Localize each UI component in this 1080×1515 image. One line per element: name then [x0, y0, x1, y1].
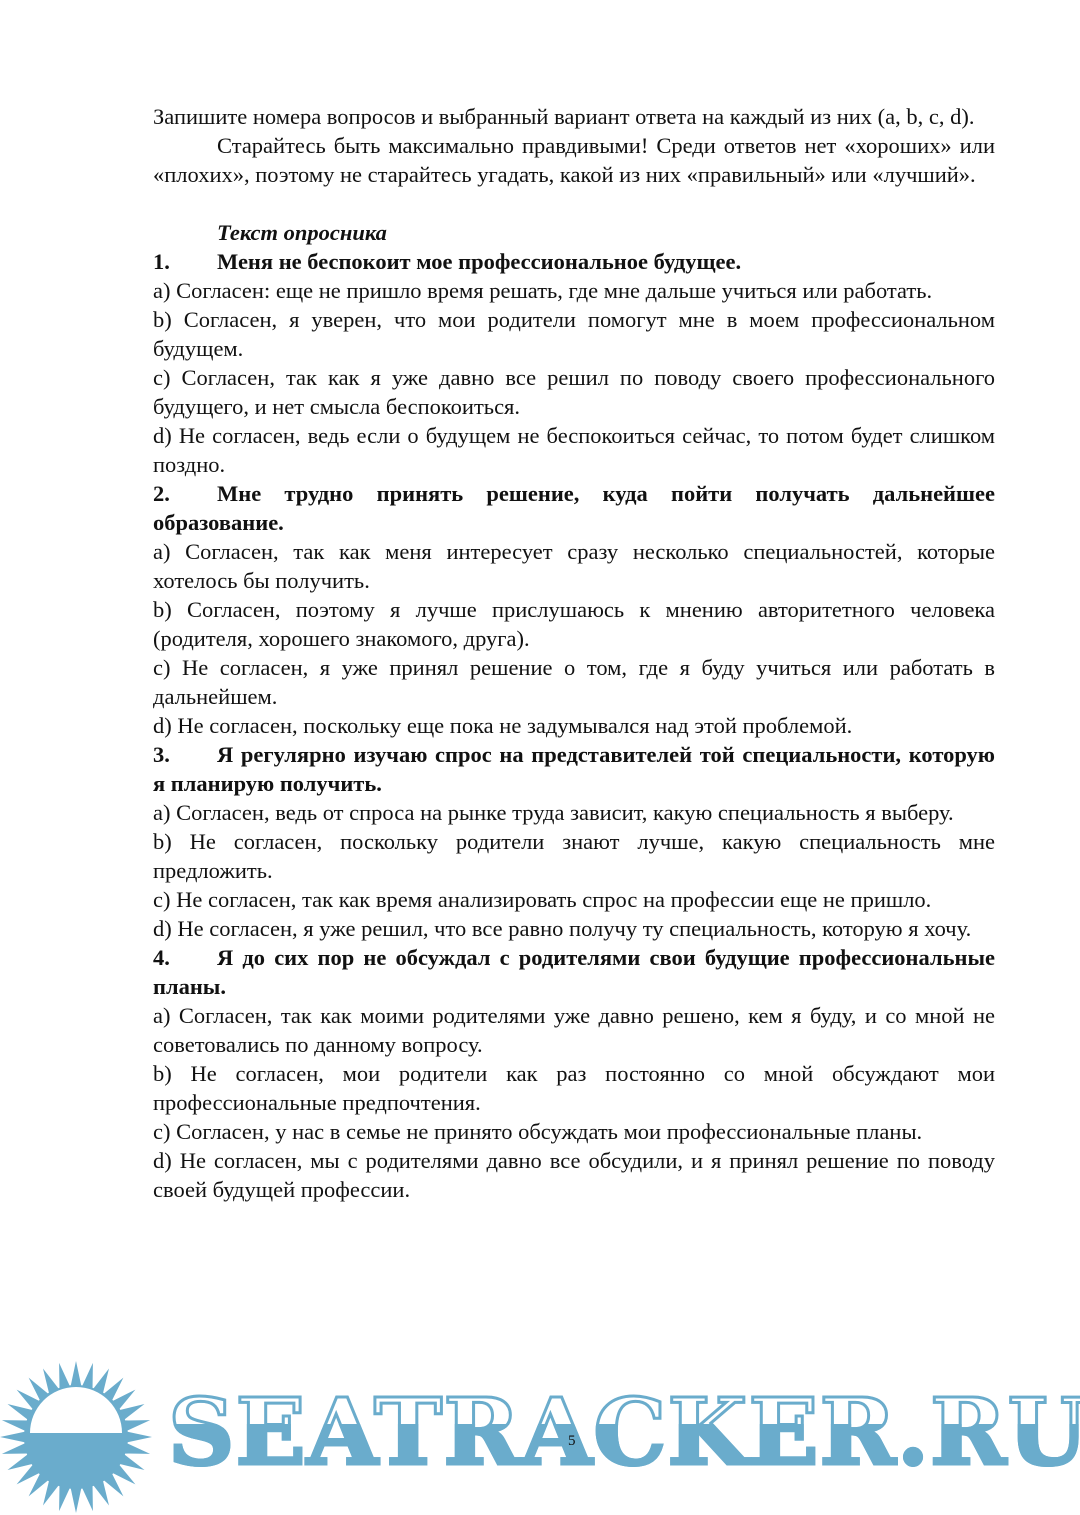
- option-label: a): [153, 278, 170, 303]
- option-label: a): [153, 800, 170, 825]
- question-label: Меня не беспокоит мое профессиональное б…: [217, 249, 741, 274]
- question-text: 4.Я до сих пор не обсуждал с родителями …: [153, 943, 995, 1001]
- intro-paragraph-2: Старайтесь быть максимально правдивыми! …: [153, 131, 995, 189]
- watermark-text: SEATRACKER.RU: [168, 1382, 1080, 1482]
- option-text: Не согласен, ведь если о будущем не бесп…: [153, 423, 995, 477]
- section-title: Текст опросника: [153, 218, 995, 247]
- sun-icon: [0, 1355, 1080, 1515]
- question-label: Я регулярно изучаю спрос на представител…: [153, 742, 995, 796]
- question-text: 3.Я регулярно изучаю спрос на представит…: [153, 740, 995, 798]
- option-text: Не согласен, мои родители как раз постоя…: [153, 1061, 995, 1115]
- answer-option: c) Не согласен, так как время анализиров…: [153, 885, 995, 914]
- option-label: d): [153, 713, 172, 738]
- option-text: Не согласен, я уже принял решение о том,…: [153, 655, 995, 709]
- option-text: Не согласен, я уже решил, что все равно …: [177, 916, 971, 941]
- question-item: 3.Я регулярно изучаю спрос на представит…: [153, 740, 995, 943]
- option-text: Согласен, поэтому я лучше прислушаюсь к …: [153, 597, 995, 651]
- question-number: 3.: [153, 740, 217, 769]
- answer-option: b) Согласен, поэтому я лучше прислушаюсь…: [153, 595, 995, 653]
- answer-option: a) Согласен: еще не пришло время решать,…: [153, 276, 995, 305]
- question-number: 1.: [153, 247, 217, 276]
- question-number: 4.: [153, 943, 217, 972]
- answer-option: d) Не согласен, я уже решил, что все рав…: [153, 914, 995, 943]
- question-number: 2.: [153, 479, 217, 508]
- question-text: 1.Меня не беспокоит мое профессиональное…: [153, 247, 995, 276]
- option-label: b): [153, 829, 172, 854]
- option-label: c): [153, 655, 170, 680]
- option-text: Согласен, так как моими родителями уже д…: [153, 1003, 995, 1057]
- question-label: Мне трудно принять решение, куда пойти п…: [153, 481, 995, 535]
- document-page: Запишите номера вопросов и выбранный вар…: [153, 102, 995, 1204]
- option-label: d): [153, 1148, 172, 1173]
- answer-option: b) Не согласен, поскольку родители знают…: [153, 827, 995, 885]
- answer-option: d) Не согласен, поскольку еще пока не за…: [153, 711, 995, 740]
- option-text: Не согласен, так как время анализировать…: [176, 887, 931, 912]
- option-text: Согласен, так как я уже давно все решил …: [153, 365, 995, 419]
- question-list: 1.Меня не беспокоит мое профессиональное…: [153, 247, 995, 1204]
- option-text: Согласен, у нас в семье не принято обсуж…: [176, 1119, 922, 1144]
- answer-option: c) Согласен, так как я уже давно все реш…: [153, 363, 995, 421]
- option-label: c): [153, 365, 170, 390]
- question-item: 2.Мне трудно принять решение, куда пойти…: [153, 479, 995, 740]
- question-text: 2.Мне трудно принять решение, куда пойти…: [153, 479, 995, 537]
- answer-option: d) Не согласен, мы с родителями давно вс…: [153, 1146, 995, 1204]
- answer-option: c) Не согласен, я уже принял решение о т…: [153, 653, 995, 711]
- answer-option: b) Не согласен, мои родители как раз пос…: [153, 1059, 995, 1117]
- answer-option: a) Согласен, ведь от спроса на рынке тру…: [153, 798, 995, 827]
- question-item: 4.Я до сих пор не обсуждал с родителями …: [153, 943, 995, 1204]
- option-label: d): [153, 423, 172, 448]
- option-text: Не согласен, поскольку еще пока не задум…: [177, 713, 852, 738]
- option-label: b): [153, 597, 172, 622]
- question-label: Я до сих пор не обсуждал с родителями св…: [153, 945, 995, 999]
- intro-paragraph-1: Запишите номера вопросов и выбранный вар…: [153, 102, 995, 131]
- option-label: c): [153, 887, 170, 912]
- option-label: d): [153, 916, 172, 941]
- option-label: b): [153, 1061, 172, 1086]
- page-number: 5: [568, 1433, 576, 1450]
- option-label: b): [153, 307, 172, 332]
- option-text: Согласен, я уверен, что мои родители пом…: [153, 307, 995, 361]
- option-text: Согласен: еще не пришло время решать, гд…: [176, 278, 932, 303]
- option-label: a): [153, 1003, 170, 1028]
- option-label: c): [153, 1119, 170, 1144]
- answer-option: a) Согласен, так как меня интересует сра…: [153, 537, 995, 595]
- option-text: Согласен, ведь от спроса на рынке труда …: [176, 800, 954, 825]
- option-text: Согласен, так как меня интересует сразу …: [153, 539, 995, 593]
- question-item: 1.Меня не беспокоит мое профессиональное…: [153, 247, 995, 479]
- option-text: Не согласен, поскольку родители знают лу…: [153, 829, 995, 883]
- answer-option: c) Согласен, у нас в семье не принято об…: [153, 1117, 995, 1146]
- answer-option: b) Согласен, я уверен, что мои родители …: [153, 305, 995, 363]
- answer-option: a) Согласен, так как моими родителями уж…: [153, 1001, 995, 1059]
- answer-option: d) Не согласен, ведь если о будущем не б…: [153, 421, 995, 479]
- option-text: Не согласен, мы с родителями давно все о…: [153, 1148, 995, 1202]
- option-label: a): [153, 539, 170, 564]
